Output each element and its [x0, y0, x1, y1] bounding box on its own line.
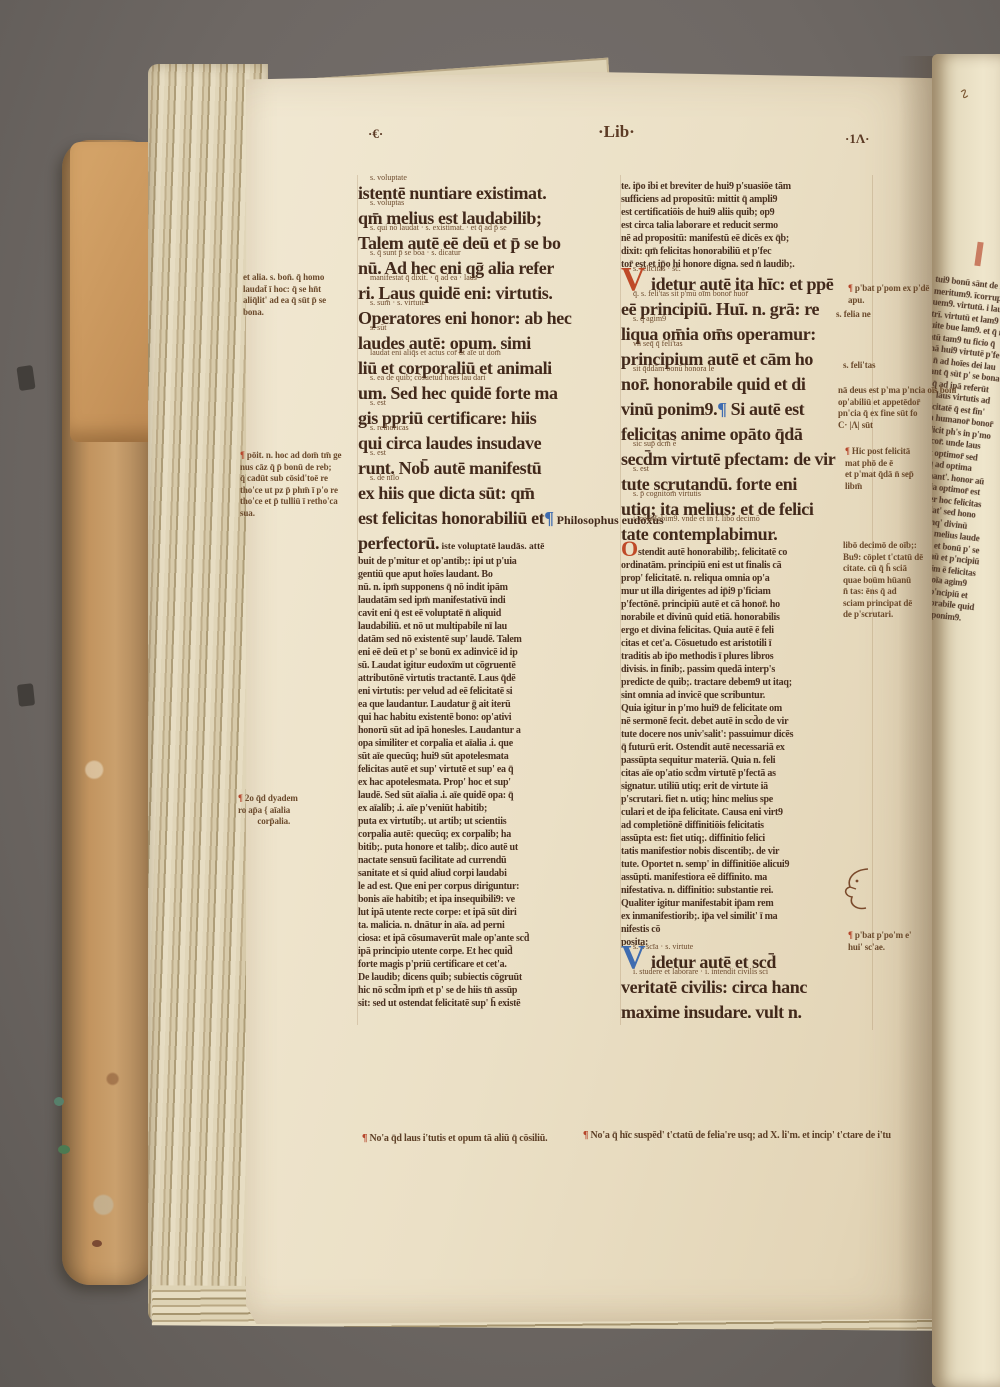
text-line: sufficiens ad propositū: mittit q̄ ampli…: [621, 194, 875, 207]
margin-note-line: libō decimō de oīb;:: [843, 540, 965, 552]
text-line: s. ea de quib; cōsuetud̄ hoēs lau darium…: [358, 381, 621, 406]
stain-speck: [58, 1145, 70, 1154]
text-line: q̄ futurū erit. Ostendit autē necessariā…: [621, 742, 875, 755]
text-line: ta. malicia. n. dnātur in aīa. ad perni: [358, 920, 621, 933]
text-line: laudatām sed ipm̄ manifestativū indi: [358, 595, 621, 608]
text-line: corpalia autē: quecūq; ex corpalib; ha: [358, 829, 621, 842]
facing-corner-mark: ∿: [954, 84, 974, 105]
pilcrow-mark: ¶: [362, 1133, 370, 1144]
margin-note-line: citate. cū q̄ h̄ sciā: [843, 563, 965, 575]
text-line: sic sup̄ dcm̄ ēsecd̄m virtutē pfectam: d…: [621, 447, 875, 472]
footer-note: ¶ No'a q̄d laus i'tutis et opum tā aliū …: [362, 1133, 547, 1144]
margin-note: s. felia ne: [836, 309, 906, 321]
pilcrow-mark: ¶: [240, 450, 247, 460]
text-line: tute. Oportet n. semp' in diffinitiōe al…: [621, 859, 875, 872]
interlinear-gloss: i. studere et laborare · i. intendit civ…: [633, 968, 768, 976]
text-line: qui hac habitu existentē bono: op'ativi: [358, 712, 621, 725]
interlinear-gloss: s. qui nō laudat · s. existimat. · et q̄…: [370, 224, 507, 232]
text-line: traditis ab ip̄o methodis ī plures libro…: [621, 651, 875, 664]
header-paraph-mark: ·€·: [368, 126, 383, 142]
text-line: le ad est. Que eni per corpus diriguntur…: [358, 881, 621, 894]
binding-tab: [16, 365, 35, 391]
interlinear-gloss: sit q̄ddām bonū honora le: [633, 365, 714, 373]
text-line: sūt aīe quecūq; hui9 sūt apotelesmata: [358, 751, 621, 764]
pilcrow-mark: ¶: [848, 930, 855, 940]
margin-note: ¶ p'bat p'po'm e'hui' sc'ae.: [848, 930, 963, 953]
stain-speck: [54, 1097, 64, 1106]
text-line: prop' felicitatē. n. reliqua omnia op'a: [621, 573, 875, 586]
interlinear-gloss: s. q̄ sunt p̄ se bōa · s. dicatur: [370, 249, 461, 257]
text-line: sū. Laudat igitur eudoxīm ut cōgruentē: [358, 660, 621, 673]
text-line: p'fectōnē. principiū autē et cā honor̄. …: [621, 599, 875, 612]
interlinear-gloss: manifestat q̄ dixit. · q̄ ad ea · laus: [370, 274, 477, 282]
text-line: assūpti. manifestiora eē diffinito. ma: [621, 872, 875, 885]
text-line: datām sed nō existentē sup' laudē. Talem: [358, 634, 621, 647]
text-line: ad completiōnē diffinitiōis felicitatis: [621, 820, 875, 833]
pilcrow-mark: ¶: [848, 283, 855, 293]
margin-note-line: corp̄alia.: [238, 816, 350, 828]
text-line: perfectorū. iste voluptatē laudās. attē: [358, 531, 621, 556]
pilcrow-mark: ¶: [238, 793, 245, 803]
text-line: maxime insudare. vult n.: [621, 1000, 875, 1025]
margin-note-line: pn'cia q̄ ex fine sūt fo: [838, 408, 966, 420]
margin-note-line: s. felia ne: [836, 309, 906, 321]
text-line: ex hac apotelesmata. Prop' hoc et sup': [358, 777, 621, 790]
text-line: nifestis cō: [621, 924, 875, 937]
text-line: nū. n. ipm̄ supponens q̄ nō indit ipām: [358, 582, 621, 595]
margin-note-line: de p'scrutari.: [843, 609, 965, 621]
text-line: est felicitas honorabiliū et¶ Philosophu…: [358, 506, 621, 531]
text-line: sit q̄ddām bonū honora lenor̄. honorabil…: [621, 372, 875, 397]
interlinear-gloss: q̄. s. feli'tas sit p'mū oīm bonor̄ huōr…: [633, 290, 748, 298]
margin-note: ¶ 2o q̄d dyademro ap̄a { aīalia corp̄ali…: [238, 793, 350, 828]
text-line: nē sermonē fecit. debet autē in scd̄o de…: [621, 716, 875, 729]
margin-note-line: ¶ 2o q̄d dyadem: [238, 793, 350, 805]
text-line: lut ipā utente recte corpe: et ipā sūt d…: [358, 907, 621, 920]
margin-note: ¶ Hic post felicitāmat phō de ēet p'mat …: [845, 446, 967, 492]
footer-note: ¶ No'a q̄ hīc suspēd' t'ctatū de felia'r…: [583, 1130, 891, 1141]
text-line: ex inmanifestiorib;. ip̄a vel similit' ī…: [621, 911, 875, 924]
margin-note-line: C· |Λ| sūt: [838, 420, 966, 432]
text-line: eni eē deū et p' se bonū ex adinvicē id …: [358, 647, 621, 660]
right-text-column: te. ip̄o ibi et breviter de hui9 p'suasi…: [621, 181, 875, 1025]
text-line: cavit eni q̄ est eē voluptatē n̄ aliquid: [358, 608, 621, 621]
margin-note-line: apu.: [848, 295, 960, 307]
interlinear-gloss: s. sūt: [370, 324, 386, 332]
text-line: bonis aīe habitib; et ipa insequibili9: …: [358, 894, 621, 907]
margin-note-line: sua.: [240, 508, 368, 520]
margin-note-line: ¶ p'bat p'pom ex p'dē: [848, 283, 960, 295]
text-line: bitib;. puta honore et talib;. dico autē…: [358, 842, 621, 855]
text-line: p'scrutari. fiet n. utiq; hinc melius sp…: [621, 794, 875, 807]
margin-note-line: laudat̄ ī hoc: q̄ se hn̄t: [243, 284, 361, 296]
margin-note-line: tho'ce et p̄ tulliū ī retho'ca: [240, 496, 368, 508]
margin-note-line: ¶ p'bat p'po'm e': [848, 930, 963, 942]
margin-note-line: ¶ Hic post felicitā: [845, 446, 967, 458]
margin-note-line: ¶ pōit. n. hoc ad dom̄ tm̄ ge: [240, 450, 368, 462]
pilcrow-mark: ¶: [583, 1130, 591, 1141]
text-line: est certificatiōis de hui9 aliis quib; o…: [621, 207, 875, 220]
margin-note: s. feli'tas: [843, 360, 913, 372]
text-line: s. rethoricasqui circa laudes insudave: [358, 431, 621, 456]
interlinear-gloss: s. p̄ cognitōm̄ virtutis: [633, 490, 701, 498]
text-line: hic nō scd̄m ipm̄ et p' se de hiis tn̄ a…: [358, 985, 621, 998]
interlinear-gloss: s. voluptas: [370, 199, 404, 207]
text-line: te. ip̄o ibi et breviter de hui9 p'suasi…: [621, 181, 875, 194]
text-line: ea que laudantur. Laudatur ḡ ait iterū: [358, 699, 621, 712]
text-line: divisis. in finib;. passim quedā interp'…: [621, 664, 875, 677]
margin-note-line: Bu9: cōplet t'ctatū dē: [843, 552, 965, 564]
text-line: ordinatām. principiū eni est ut finalis …: [621, 560, 875, 573]
text-line: dixit: qm̄ felicitas honorabiliū et p'fe…: [621, 246, 875, 259]
facing-page-edge: ∿ tui9 bonū sānt de lōmeritum9. īcorrupt…: [932, 54, 1000, 1387]
paraph-mark: ¶: [717, 399, 726, 419]
paraph-mark: ¶: [544, 508, 553, 528]
text-line: est circa talia laborare et reducit serm…: [621, 220, 875, 233]
text-line: nifestativa. n. diffinitio: substantie r…: [621, 885, 875, 898]
interlinear-gloss: s. est: [370, 399, 386, 407]
text-line: ergo et divina felicitas. Quia autē ē fe…: [621, 625, 875, 638]
interlinear-gloss: s. est: [633, 465, 649, 473]
text-line: Quia igitur in p'mo hui9 de felicitate o…: [621, 703, 875, 716]
margin-note-line: op'abiliū et appetēdor̄: [838, 397, 966, 409]
margin-note: libō decimō de oīb;:Bu9: cōplet t'ctatū …: [843, 540, 965, 621]
text-line: vinū ponim9.¶ Si autē est: [621, 397, 875, 422]
folio-number: ·1Λ·: [845, 131, 870, 147]
text-line: tute docere nos univ'salit': passuimur d…: [621, 729, 875, 742]
text-line: tatis manifestior nobis discentib;. de v…: [621, 846, 875, 859]
text-line: laudabiliū. et nō ut multipabile nī lau: [358, 621, 621, 634]
interlinear-gloss: s. q̄ agim9: [633, 315, 666, 323]
text-line: nē ad propositū: manifestū eē dicēs ex q…: [621, 233, 875, 246]
text-line: sint omnia ad invicē que scribuntur.: [621, 690, 875, 703]
interlinear-gloss: s. voluptate: [370, 174, 407, 182]
illuminated-initial: O: [621, 543, 638, 555]
margin-note-line: et p'mat q̄dā n̄ sep̄: [845, 469, 967, 481]
interlinear-gloss: vn̄ seq̄ q̄ feli'tas: [633, 340, 683, 348]
text-line: honorū sūt ad ipā honesles. Laudantur a: [358, 725, 621, 738]
interlinear-gloss: s. de nīlo: [370, 474, 399, 482]
text-line: passūpta sequitur materiā. Quia n. feli: [621, 755, 875, 768]
pilcrow-mark: ¶: [845, 446, 852, 456]
text-line: ipā principio utente corpe. Et hec quid̄: [358, 946, 621, 959]
margin-note: et alia. s. bon̄. q̄ homolaudat̄ ī hoc: …: [243, 272, 361, 318]
interlinear-gloss: sic sup̄ dcm̄ ē: [633, 440, 676, 448]
text-line: Ostendit autē honorabilib;. felicitatē c…: [621, 547, 875, 560]
margin-note-line: nā deus est p'ma p'ncia oīs boni: [838, 385, 966, 397]
text-line: i. cōsid'abim9. vnde et in f. libō decim…: [621, 522, 875, 547]
interlinear-gloss: s. est: [370, 449, 386, 457]
text-run: iste voluptatē laudās. attē: [439, 542, 544, 552]
text-line: mur ut illa dirigentes ad ip̄i9 p'ficiam: [621, 586, 875, 599]
margin-note-line: aliq̄lit' ad ea q̄ sūt p̄ se: [243, 295, 361, 307]
margin-note-line: quae boūm hūanū: [843, 575, 965, 587]
text-line: assūpta est: fiet utiq;. diffinitio feli…: [621, 833, 875, 846]
text-line: buit de p'mitur et op'antib;: ipi ut p'u…: [358, 556, 621, 569]
text-line: sanitate et si quid aliud corpi laudabi: [358, 868, 621, 881]
binding-tab: [17, 683, 35, 707]
margin-note-line: hui' sc'ae.: [848, 942, 963, 954]
interlinear-gloss: i. cōsid'abim9. vnde et in f. libō decim…: [633, 515, 760, 523]
left-text-column: s. voluptateistentē nuntiare existimat.s…: [358, 181, 621, 1011]
text-line: Qualiter igitur manifestabit ip̄am rem: [621, 898, 875, 911]
margin-note-line: ro ap̄a { aīalia: [238, 805, 350, 817]
text-line: s. sum̄ · s. virtuteOperatores eni honor…: [358, 306, 621, 331]
margin-note-line: sciam principat dē: [843, 598, 965, 610]
margin-note: ¶ pōit. n. hoc ad dom̄ tm̄ genus cāz q̄ …: [240, 450, 368, 519]
manuscript-photo: ·€· ·Lib· ·1Λ· s. voluptateistentē nunti…: [0, 0, 1000, 1387]
margin-note: nā deus est p'ma p'ncia oīs boniop'abili…: [838, 385, 966, 431]
text-line: predicte de quib;. tractare debem9 ut it…: [621, 677, 875, 690]
text-line: signatur. utiliū utiq; erit de virtute i…: [621, 781, 875, 794]
text-line: nactate sensuū facilitate ad currendū: [358, 855, 621, 868]
text-line: i. studere et laborare · i. intendit civ…: [621, 975, 875, 1000]
text-line: ex aīalib; .i. aīe p'veniūt habitib;: [358, 803, 621, 816]
text-line: opa similiter et corpalia et aīalia .i. …: [358, 738, 621, 751]
margin-note-line: libm̄: [845, 481, 967, 493]
text-line: gentiū que aput hoīes laudant. Bo: [358, 569, 621, 582]
running-title: ·Lib·: [598, 122, 635, 142]
text-line: norabile et divinū quid etiā. honorabili…: [621, 612, 875, 625]
margin-note-line: q̄ cadūt sub cōsid'toē re: [240, 473, 368, 485]
text-line: s. de nīloex hiis que dicta sūt: qm̄: [358, 481, 621, 506]
text-line: citas et cet'a. Cōsuetudo est aristotili…: [621, 638, 875, 651]
interlinear-gloss: s. rethoricas: [370, 424, 409, 432]
interlinear-gloss: laudat eni aliq̄s et actus cor̄ ut aīe u…: [370, 349, 501, 357]
text-line: eni virtutis: per velud ad eē felicitatē…: [358, 686, 621, 699]
margin-note-line: tho'ce ut pz p̄ phm̄ ī p'o re: [240, 485, 368, 497]
text-line: forte magis p'priū certificare et cet'a.: [358, 959, 621, 972]
text-line: puta ex virtutib;. ut artib; ut scientii…: [358, 816, 621, 829]
text-line: De laudib; dicens quib; subiectis cōgruū…: [358, 972, 621, 985]
interlinear-gloss: s. sum̄ · s. virtute: [370, 299, 425, 307]
margin-note-line: nus cāz q̄ p̄ bonū de reb;: [240, 462, 368, 474]
margin-note-line: bona.: [243, 307, 361, 319]
text-line: laudē. Sed sūt aīalia .i. aīe quidē opa:…: [358, 790, 621, 803]
margin-note-line: mat phō de ē: [845, 458, 967, 470]
interlinear-gloss: s. ea de quib; cōsuetud̄ hoēs lau dari: [370, 374, 486, 382]
facing-red-mark: [974, 242, 983, 267]
text-line: culari et de ip̄a felicitate. Causa eni …: [621, 807, 875, 820]
margin-note-line: s. feli'tas: [843, 360, 913, 372]
text-line: citas aīe op'atio scd̄m virtutē p'fectā …: [621, 768, 875, 781]
text-line: ciosa: et ipā cōsumaverūt male op'ante s…: [358, 933, 621, 946]
text-line: attributōnē virtutis tractantē. Laus q̄d…: [358, 673, 621, 686]
text-line: felicitas autē et sup' virtutē et sup' e…: [358, 764, 621, 777]
text-line: sit: sed ut ostendat felicitatē sup' h̄ …: [358, 998, 621, 1011]
text-run: Si autē est: [727, 399, 805, 419]
stain-speck: [92, 1240, 102, 1247]
margin-face-doodle: [838, 866, 874, 912]
margin-note-line: et alia. s. bon̄. q̄ homo: [243, 272, 361, 284]
margin-note-line: n̄ tas: ēns q̄ ad: [843, 586, 965, 598]
margin-note: ¶ p'bat p'pom ex p'dēapu.: [848, 283, 960, 306]
